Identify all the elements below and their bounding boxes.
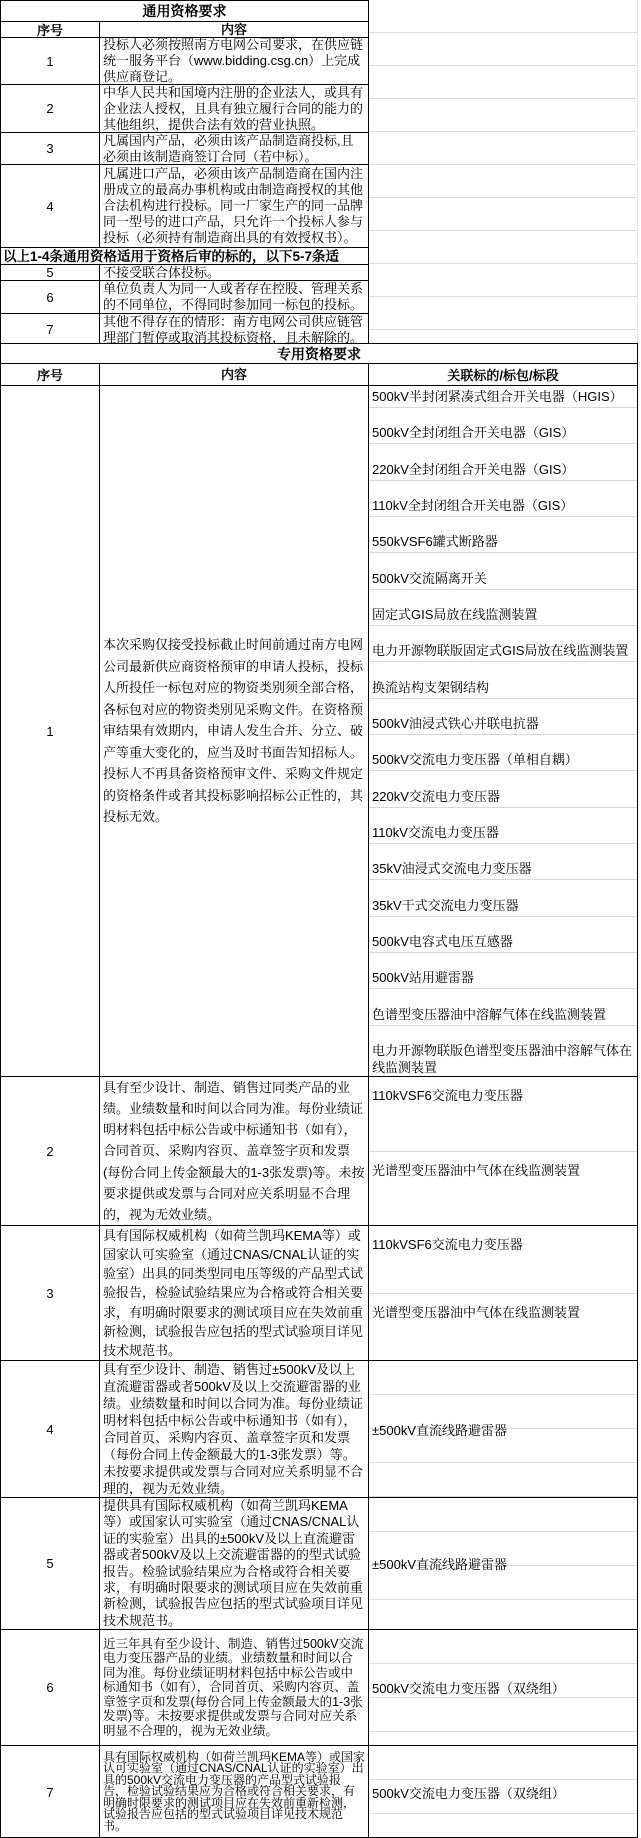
general-row-1: 1 投标人必须按照南方电网公司要求，在供应链统一服务平台（www.bidding… xyxy=(1,38,368,85)
association-item: ±500kV直流线路避雷器 xyxy=(372,1420,507,1439)
content-cell: 具有至少设计、制造、销售过同类产品的业绩。业绩数量和时间以合同为准。每份业绩证明… xyxy=(103,1077,365,1225)
spreadsheet-page: 通用资格要求 序号 内容 1 投标人必须按照南方电网公司要求，在供应链统一服务平… xyxy=(0,0,641,1838)
seq-cell: 3 xyxy=(1,133,100,164)
general-section-title: 通用资格要求 xyxy=(1,1,368,22)
content-cell: 投标人必须按照南方电网公司要求，在供应链统一服务平台（www.bidding.c… xyxy=(103,38,365,84)
special-requirements-table: 专用资格要求 序号 内容 关联标的/标包/标段 1 本次采购仅接受投标截止时间前… xyxy=(0,343,638,1838)
seq-cell: 7 xyxy=(1,1746,100,1838)
association-items-list: 110kVSF6交流电力变压器 光谱型变压器油中气体在线监测装置 xyxy=(368,1226,637,1360)
association-item: 110kV全封闭组合开关电器（GIS） xyxy=(369,495,637,531)
special-row-5: 5 提供具有国际权威机构（如荷兰凯玛KEMA等）或国家认可实验室（通过CNAS/… xyxy=(1,1498,637,1630)
association-item: 500kV电容式电压互感器 xyxy=(369,931,637,967)
seq-cell: 5 xyxy=(1,265,100,280)
special-row-4: 4 具有至少设计、制造、销售过±500kV及以上直流避雷器或者500kV及以上交… xyxy=(1,1361,637,1498)
general-row-5: 5 不接受联合体投标。 xyxy=(1,265,368,281)
association-item: 光谱型变压器油中气体在线监测装置 xyxy=(369,1294,637,1361)
association-item: 110kVSF6交流电力变压器 xyxy=(369,1226,637,1294)
association-item: 500kV站用避雷器 xyxy=(369,967,637,1003)
content-cell: 具有国际权威机构（如荷兰凯玛KEMA等）或国家认可实验室（通过CNAS/CNAL… xyxy=(103,1226,365,1360)
association-item: 220kV全封闭组合开关电器（GIS） xyxy=(369,459,637,495)
seq-column-header: 序号 xyxy=(1,364,100,385)
association-item: 电力开源物联版色谱型变压器油中溶解气体在线监测装置 xyxy=(369,1040,637,1076)
seq-cell: 2 xyxy=(1,1077,100,1225)
association-items-list: 110kVSF6交流电力变压器 光谱型变压器油中气体在线监测装置 xyxy=(368,1077,637,1225)
association-item: 电力开源物联版固定式GIS局放在线监测装置 xyxy=(369,640,637,676)
content-cell: 不接受联合体投标。 xyxy=(103,265,365,280)
scope-divider-note: 以上1-4条通用资格适用于资格后审的标的，以下5-7条适 xyxy=(1,248,368,265)
content-cell: 具有至少设计、制造、销售过±500kV及以上直流避雷器或者500kV及以上交流避… xyxy=(103,1361,365,1497)
content-cell: 提供具有国际权威机构（如荷兰凯玛KEMA等）或国家认可实验室（通过CNAS/CN… xyxy=(103,1498,365,1629)
association-item: 550kVSF6罐式断路器 xyxy=(369,531,637,567)
general-row-2: 2 中华人民共和国境内注册的企业法人，或具有企业法人授权，且具有独立履行合同的能… xyxy=(1,85,368,133)
general-row-6: 6 单位负责人为同一人或者存在控股、管理关系的不同单位，不得同时参加同一标包的投… xyxy=(1,281,368,314)
seq-cell: 4 xyxy=(1,165,100,247)
content-cell: 凡属国内产品，必须由该产品制造商投标,且必须由该制造商签订合同（若中标）。 xyxy=(103,133,365,164)
association-item: 500kV交流电力变压器（双绕组） xyxy=(372,1783,565,1802)
association-item: 35kV干式交流电力变压器 xyxy=(369,895,637,931)
general-row-7: 7 其他不得存在的情形：南方电网公司供应链管理部门暂停或取消其投标资格，且未解除… xyxy=(1,314,368,345)
seq-cell: 7 xyxy=(1,314,100,345)
special-row-1: 1 本次采购仅接受投标截止时间前通过南方电网公司最新供应商资格预审的申请人投标，… xyxy=(1,386,637,1077)
association-item: 光谱型变压器油中气体在线监测装置 xyxy=(369,1152,637,1226)
association-item: 500kV油浸式铁心并联电抗器 xyxy=(369,713,637,749)
seq-column-header: 序号 xyxy=(1,22,100,37)
content-cell: 本次采购仅接受投标截止时间前通过南方电网公司最新供应商资格预审的申请人投标，投标… xyxy=(103,634,365,828)
content-cell: 凡属进口产品，必须由该产品制造商在国内注册成立的最高办事机构或由制造商授权的其他… xyxy=(103,166,365,246)
special-row-6: 6 近三年具有至少设计、制造、销售过500kV交流电力变压器产品的业绩。业绩数量… xyxy=(1,1630,637,1746)
content-column-header: 内容 xyxy=(100,22,368,37)
association-item: 110kV交流电力变压器 xyxy=(369,822,637,858)
general-row-4: 4 凡属进口产品，必须由该产品制造商在国内注册成立的最高办事机构或由制造商授权的… xyxy=(1,165,368,248)
excel-gridlines-area xyxy=(369,0,638,343)
general-row-3: 3 凡属国内产品，必须由该产品制造商投标,且必须由该制造商签订合同（若中标）。 xyxy=(1,133,368,165)
content-cell: 中华人民共和国境内注册的企业法人，或具有企业法人授权，且具有独立履行合同的能力的… xyxy=(103,85,365,132)
seq-cell: 1 xyxy=(1,386,100,1076)
special-row-3: 3 具有国际权威机构（如荷兰凯玛KEMA等）或国家认可实验室（通过CNAS/CN… xyxy=(1,1226,637,1361)
association-item: 500kV交流电力变压器（单相自耦） xyxy=(369,749,637,785)
general-header-row: 序号 内容 xyxy=(1,22,368,38)
seq-cell: 3 xyxy=(1,1226,100,1360)
seq-cell: 5 xyxy=(1,1498,100,1629)
special-row-2: 2 具有至少设计、制造、销售过同类产品的业绩。业绩数量和时间以合同为准。每份业绩… xyxy=(1,1077,637,1226)
association-item: 500kV交流电力变压器（双绕组） xyxy=(372,1678,565,1697)
association-item: 500kV半封闭紧凑式组合开关电器（HGIS） xyxy=(369,386,637,422)
association-item: 500kV全封闭组合开关电器（GIS） xyxy=(369,422,637,458)
association-items-list: 500kV半封闭紧凑式组合开关电器（HGIS）500kV全封闭组合开关电器（GI… xyxy=(368,386,637,1076)
association-item: 500kV交流隔离开关 xyxy=(369,568,637,604)
content-cell: 近三年具有至少设计、制造、销售过500kV交流电力变压器产品的业绩。业绩数量和时… xyxy=(103,1637,365,1738)
seq-cell: 6 xyxy=(1,281,100,313)
content-cell: 单位负责人为同一人或者存在控股、管理关系的不同单位，不得同时参加同一标包的投标。 xyxy=(103,281,365,313)
seq-cell: 4 xyxy=(1,1361,100,1497)
association-item: 110kVSF6交流电力变压器 xyxy=(369,1077,637,1152)
content-cell: 其他不得存在的情形：南方电网公司供应链管理部门暂停或取消其投标资格，且未解除的。 xyxy=(103,314,365,345)
association-column-header: 关联标的/标包/标段 xyxy=(368,364,637,385)
association-item: 35kV油浸式交流电力变压器 xyxy=(369,858,637,894)
seq-cell: 1 xyxy=(1,38,100,84)
special-row-7: 7 具有国际权威机构（如荷兰凯玛KEMA等）或国家认可实验室（通过CNAS/CN… xyxy=(1,1746,637,1838)
special-section-title: 专用资格要求 xyxy=(1,344,637,364)
general-requirements-table: 通用资格要求 序号 内容 1 投标人必须按照南方电网公司要求，在供应链统一服务平… xyxy=(0,0,369,344)
special-header-row: 序号 内容 关联标的/标包/标段 xyxy=(1,364,637,386)
association-item: 色谱型变压器油中溶解气体在线监测装置 xyxy=(369,1004,637,1040)
association-item: ±500kV直流线路避雷器 xyxy=(372,1554,507,1573)
seq-cell: 6 xyxy=(1,1630,100,1745)
association-item: 换流站构支架钢结构 xyxy=(369,677,637,713)
association-item: 220kV交流电力变压器 xyxy=(369,786,637,822)
seq-cell: 2 xyxy=(1,85,100,132)
association-item: 固定式GIS局放在线监测装置 xyxy=(369,604,637,640)
content-column-header: 内容 xyxy=(100,364,368,385)
content-cell: 具有国际权威机构（如荷兰凯玛KEMA等）或国家认可实验室（通过CNAS/CNAL… xyxy=(103,1752,365,1833)
